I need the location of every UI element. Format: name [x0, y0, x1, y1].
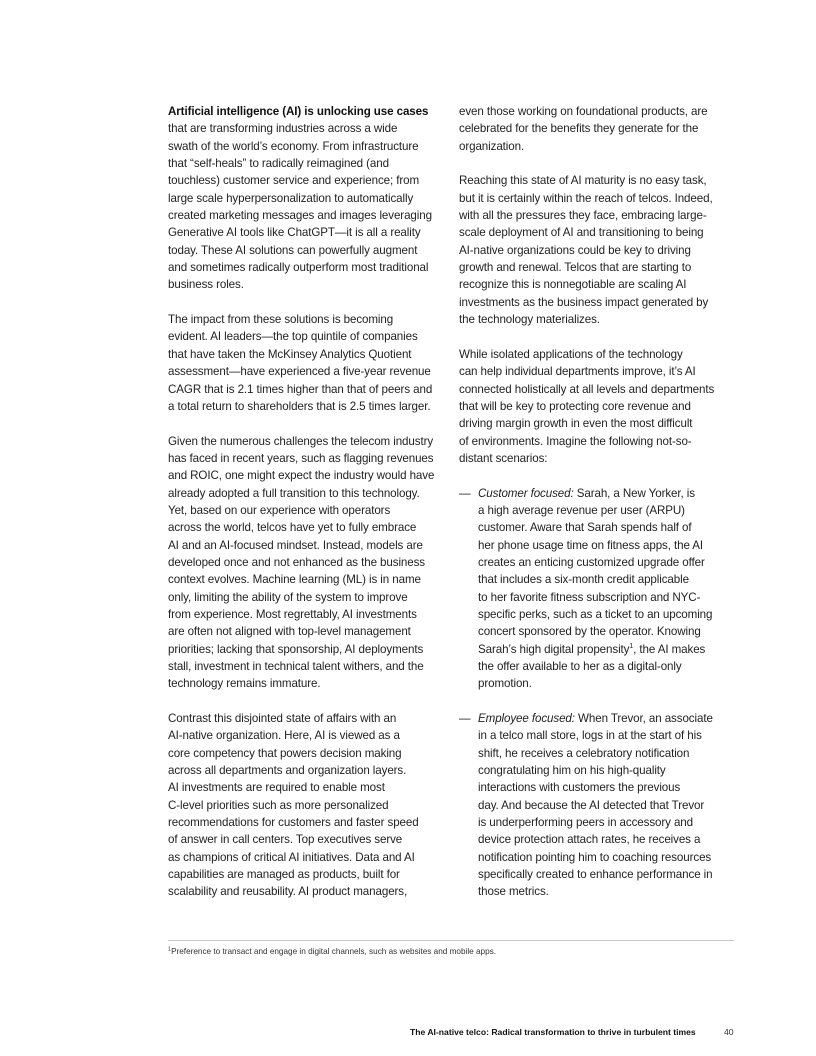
text-line: AI investments are required to enable mo… — [168, 779, 450, 796]
bullet-label: Customer focused: — [478, 487, 574, 500]
text-line: investments as the business impact gener… — [459, 294, 734, 311]
text-line: a total return to shareholders that is 2… — [168, 398, 450, 415]
text-line: While isolated applications of the techn… — [459, 346, 734, 363]
text-line: creates an enticing customized upgrade o… — [478, 554, 734, 571]
lead-in-heading: Artificial intelligence (AI) is unlockin… — [168, 103, 450, 120]
text-line: are often not aligned with top-level man… — [168, 623, 450, 640]
text-line: recognize this is nonnegotiable are scal… — [459, 276, 734, 293]
text-line: The impact from these solutions is becom… — [168, 311, 450, 328]
text-line: AI-native organizations could be key to … — [459, 242, 734, 259]
text-line: to her favorite fitness subscription and… — [478, 589, 734, 606]
text-line: touchless) customer service and experien… — [168, 172, 450, 189]
text-line: concert sponsored by the operator. Knowi… — [478, 623, 734, 640]
text-line: created marketing messages and images le… — [168, 207, 450, 224]
text-line: the technology materializes. — [459, 311, 734, 328]
text-line: CAGR that is 2.1 times higher than that … — [168, 381, 450, 398]
text-line: promotion. — [478, 675, 734, 692]
text-line: Given the numerous challenges the teleco… — [168, 433, 450, 450]
text-line: capabilities are managed as products, bu… — [168, 866, 450, 883]
text-line: device protection attach rates, he recei… — [478, 831, 734, 848]
text-line: her phone usage time on fitness apps, th… — [478, 537, 734, 554]
text-line: has faced in recent years, such as flagg… — [168, 450, 450, 467]
footnote-text: Preference to transact and engage in dig… — [171, 947, 496, 956]
text-line: specific perks, such as a ticket to an u… — [478, 606, 734, 623]
text-line: AI-native organization. Here, AI is view… — [168, 727, 450, 744]
text-line: developed once and not enhanced as the b… — [168, 554, 450, 571]
text-line: day. And because the AI detected that Tr… — [478, 797, 734, 814]
text-line: from experience. Most regrettably, AI in… — [168, 606, 450, 623]
text-line: Yet, based on our experience with operat… — [168, 502, 450, 519]
text-line: that will be key to protecting core reve… — [459, 398, 734, 415]
text-line: specifically created to enhance performa… — [478, 866, 734, 883]
text-line: Generative AI tools like ChatGPT—it is a… — [168, 224, 450, 241]
text-line: organization. — [459, 138, 734, 155]
text-line: across the world, telcos have yet to ful… — [168, 519, 450, 536]
right-column: even those working on foundational produ… — [459, 103, 734, 918]
text-line: that “self-heals” to radically reimagine… — [168, 155, 450, 172]
em-dash-bullet-icon: — — [459, 485, 471, 502]
text-line: already adopted a full transition to thi… — [168, 485, 450, 502]
text-line: distant scenarios: — [459, 450, 734, 467]
maturity-paragraph: Reaching this state of AI maturity is no… — [459, 172, 734, 328]
footnote-divider — [168, 940, 734, 941]
text-line: interactions with customers the previous — [478, 779, 734, 796]
text-line: that are transforming industries across … — [168, 120, 450, 137]
text-line: scalability and reusability. AI product … — [168, 883, 450, 900]
scenario-bullet-customer: — Customer focused: Sarah, a New Yorker,… — [459, 485, 734, 693]
text-line: and sometimes radically outperform most … — [168, 259, 450, 276]
contrast-paragraph: Contrast this disjointed state of affair… — [168, 710, 450, 901]
text-line: swath of the world’s economy. From infra… — [168, 138, 450, 155]
text-line: context evolves. Machine learning (ML) i… — [168, 571, 450, 588]
impact-paragraph: The impact from these solutions is becom… — [168, 311, 450, 415]
text-line: technology remains immature. — [168, 675, 450, 692]
text-line: growth and renewal. Telcos that are star… — [459, 259, 734, 276]
text-line: scale deployment of AI and transitioning… — [459, 224, 734, 241]
text-line: Contrast this disjointed state of affair… — [168, 710, 450, 727]
text-line: evident. AI leaders—the top quintile of … — [168, 328, 450, 345]
text-line: of environments. Imagine the following n… — [459, 433, 734, 450]
text-line: stall, investment in technical talent wi… — [168, 658, 450, 675]
text-line: a high average revenue per user (ARPU) — [478, 502, 734, 519]
text-fragment: Sarah’s high digital propensity — [478, 643, 629, 656]
footnote: 1Preference to transact and engage in di… — [168, 946, 496, 957]
text-line: priorities; lacking that sponsorship, AI… — [168, 641, 450, 658]
text-fragment: , the AI makes — [633, 643, 705, 656]
scenario-bullet-employee: — Employee focused: When Trevor, an asso… — [459, 710, 734, 901]
text-line: Reaching this state of AI maturity is no… — [459, 172, 734, 189]
text-line: in a telco mall store, logs in at the st… — [478, 727, 734, 744]
text-fragment: Sarah, a New Yorker, is — [574, 487, 695, 500]
text-line: as champions of critical AI initiatives.… — [168, 849, 450, 866]
text-line: shift, he receives a celebratory notific… — [478, 745, 734, 762]
continuation-paragraph: even those working on foundational produ… — [459, 103, 734, 155]
text-line: the offer available to her as a digital-… — [478, 658, 734, 675]
text-line: notification pointing him to coaching re… — [478, 849, 734, 866]
text-line: that includes a six-month credit applica… — [478, 571, 734, 588]
text-line: of answer in call centers. Top executive… — [168, 831, 450, 848]
text-line: recommendations for customers and faster… — [168, 814, 450, 831]
intro-paragraph: Artificial intelligence (AI) is unlockin… — [168, 103, 450, 294]
text-line: assessment—have experienced a five-year … — [168, 363, 450, 380]
running-footer-title: The AI-native telco: Radical transformat… — [410, 1027, 696, 1037]
text-line: business roles. — [168, 276, 450, 293]
text-line: large scale hyperpersonalization to auto… — [168, 190, 450, 207]
scenarios-intro-paragraph: While isolated applications of the techn… — [459, 346, 734, 467]
text-line: only, limiting the ability of the system… — [168, 589, 450, 606]
text-line: but it is certainly within the reach of … — [459, 190, 734, 207]
text-line: core competency that powers decision mak… — [168, 745, 450, 762]
text-line: that have taken the McKinsey Analytics Q… — [168, 346, 450, 363]
text-line: even those working on foundational produ… — [459, 103, 734, 120]
text-line: C-level priorities such as more personal… — [168, 797, 450, 814]
left-column: Artificial intelligence (AI) is unlockin… — [168, 103, 450, 918]
text-line: AI and an AI-focused mindset. Instead, m… — [168, 537, 450, 554]
text-line: celebrated for the benefits they generat… — [459, 120, 734, 137]
text-line: across all departments and organization … — [168, 762, 450, 779]
text-line: is underperforming peers in accessory an… — [478, 814, 734, 831]
text-line: driving margin growth in even the most d… — [459, 415, 734, 432]
text-line: can help individual departments improve,… — [459, 363, 734, 380]
challenges-paragraph: Given the numerous challenges the teleco… — [168, 433, 450, 693]
page-number: 40 — [724, 1027, 734, 1037]
text-line: congratulating him on his high-quality — [478, 762, 734, 779]
text-line: those metrics. — [478, 883, 734, 900]
text-line: with all the pressures they face, embrac… — [459, 207, 734, 224]
text-line: customer. Aware that Sarah spends half o… — [478, 519, 734, 536]
bullet-label: Employee focused: — [478, 712, 575, 725]
em-dash-bullet-icon: — — [459, 710, 471, 727]
text-line: and ROIC, one might expect the industry … — [168, 467, 450, 484]
text-fragment: When Trevor, an associate — [575, 712, 713, 725]
text-line: connected holistically at all levels and… — [459, 381, 734, 398]
text-line: today. These AI solutions can powerfully… — [168, 242, 450, 259]
